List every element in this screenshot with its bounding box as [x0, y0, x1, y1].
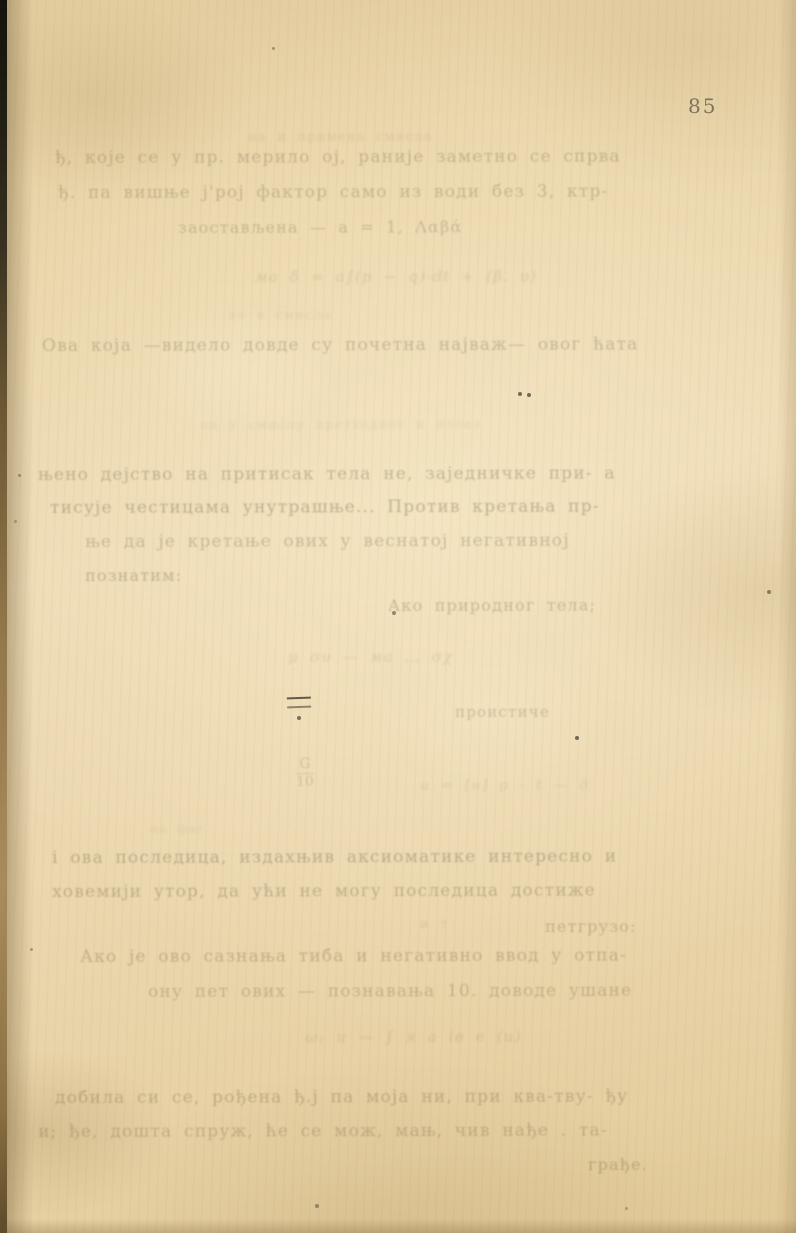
- faded-text-line: Ова која —видело довде су почетна најваж…: [42, 334, 639, 356]
- ink-speck: [14, 520, 17, 523]
- faded-text-line: петгрузо:: [545, 917, 637, 936]
- faded-text-line: познатим:: [85, 566, 182, 585]
- book-binding-edge: [0, 0, 7, 1233]
- ink-speck: [625, 1207, 628, 1210]
- faded-text-line: проистиче: [455, 703, 550, 721]
- ink-speck: [767, 590, 771, 594]
- ink-speck: [518, 392, 522, 396]
- faded-fraction: G10: [296, 757, 314, 790]
- faded-text-line: добила си се, рођена ђ.ј па моја ни, при…: [55, 1086, 628, 1108]
- faded-text-line: њено дејство на притисак тела не, заједн…: [38, 463, 616, 485]
- right-edge-shadow: [778, 0, 796, 1233]
- faded-text-line: на и примена смисла: [248, 130, 433, 145]
- faded-text-line: ђ, које се у пр. мерило ој, раније замет…: [55, 147, 621, 168]
- ink-speck: [30, 948, 33, 951]
- fraction-denominator: 10: [296, 775, 314, 790]
- ink-speck: [315, 1204, 319, 1208]
- faded-text-line: ω₁ и — ∫ я а ів е (и): [305, 1027, 522, 1046]
- faded-text-line: μ συ — ма … σχ: [288, 648, 454, 666]
- binding-shadow: [7, 0, 33, 1233]
- faded-text-line: Ако је ово сазнања тиба и негативно ввод…: [80, 946, 627, 967]
- faded-text-line: грађе.: [588, 1155, 648, 1174]
- ink-speck: [297, 716, 301, 720]
- equals-ink-mark: [287, 697, 311, 709]
- faded-text-line: до в смисла: [228, 308, 332, 323]
- faded-text-line: ње да је кретање ових у веснатој негатив…: [85, 531, 570, 552]
- ink-speck: [18, 474, 21, 477]
- faded-text-line: Ако природног тела;: [388, 595, 596, 615]
- faded-text-line: и = [н] р · t — д: [420, 778, 589, 794]
- ink-speck: [527, 393, 531, 397]
- scanned-page: 85 на и примена смислађ, које се у пр. м…: [0, 0, 796, 1233]
- bottom-edge-shadow: [0, 1219, 796, 1233]
- faded-text-line: ховемији утор, да ући не могу последица …: [52, 881, 596, 902]
- faded-text-line: ма δ = a∫(p − q)·dt + (β. υ): [255, 267, 537, 286]
- ink-speck: [272, 47, 275, 50]
- faded-text-line: і ова последица, издахњив аксиоматике ин…: [52, 847, 617, 868]
- ink-speck: [575, 736, 579, 740]
- fraction-numerator: G: [296, 757, 314, 772]
- ink-speck: [392, 611, 396, 615]
- faded-text-line: ону пет ових — познавања 10. доводе ушан…: [148, 981, 632, 1002]
- faded-text-line: заостављена — a = 1, Λαβά: [178, 217, 463, 237]
- faded-text-line: на фиг.: [150, 822, 210, 836]
- faded-text-line: и; ђе, дошта спруж, ће се мож, мањ, чив …: [38, 1121, 608, 1142]
- faded-text-line: ђ. па вишње ј'рој фактор само из води бе…: [58, 182, 608, 203]
- faded-text-line: тисује честицама унутрашње... Против кре…: [50, 497, 600, 518]
- faded-text-line: и т: [420, 917, 449, 932]
- page-number: 85: [688, 94, 717, 118]
- faded-text-line: он у смислу претходног и излаз: [200, 417, 481, 433]
